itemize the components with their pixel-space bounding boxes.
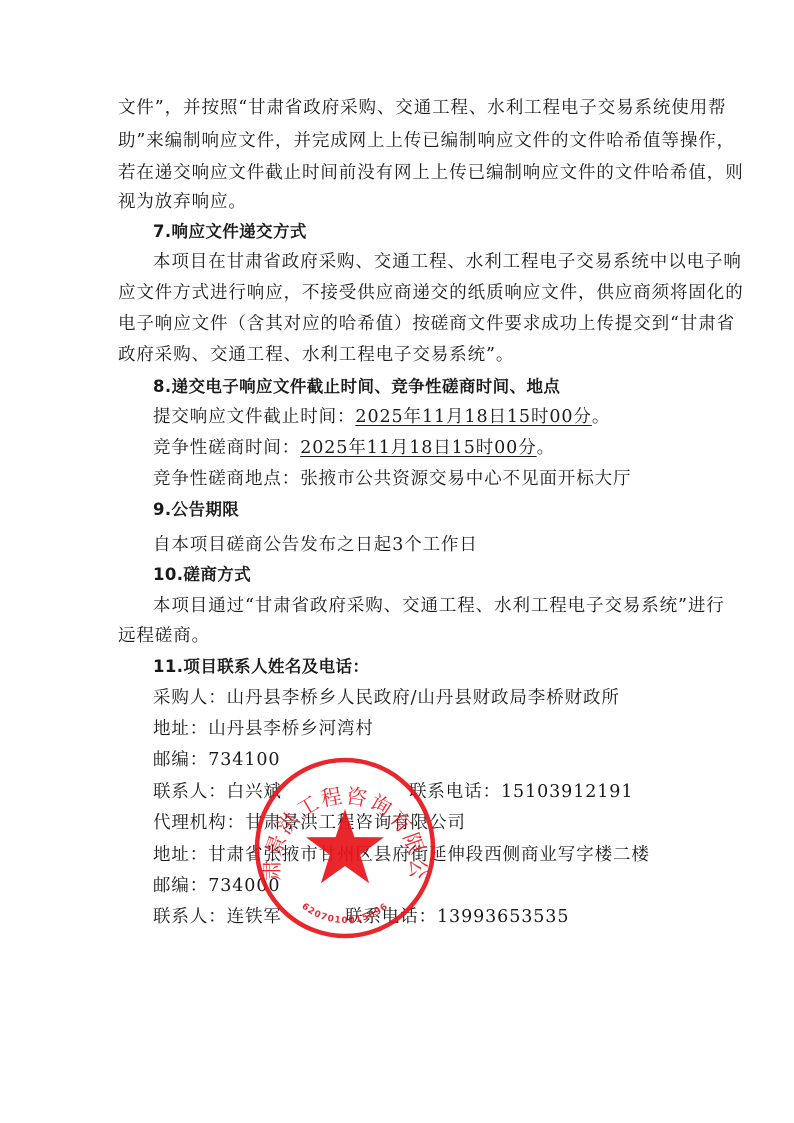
- purchaser-phone-value: 15103912191: [501, 782, 633, 802]
- agency-phone-line: 联系电话：13993653535: [345, 902, 645, 932]
- purchaser-address-line: 地址：山丹县李桥乡河湾村: [153, 714, 678, 744]
- agency-phone-label: 联系电话：: [345, 907, 437, 927]
- purchaser-address-label: 地址：: [153, 719, 208, 739]
- purchaser-line: 采购人：山丹县李桥乡人民政府/山丹县财政局李桥财政所: [153, 683, 678, 713]
- paragraph-line: 电子响应文件（含其对应的哈希值）按磋商文件要求成功上传提交到“甘肃省: [118, 309, 678, 339]
- paragraph-line: 文件”，并按照“甘肃省政府采购、交通工程、水利工程电子交易系统使用帮: [118, 93, 678, 123]
- deadline-suffix: 。: [592, 407, 610, 427]
- agency-address-label: 地址：: [153, 845, 208, 865]
- section-heading-8: 8.递交电子响应文件截止时间、竞争性磋商时间、地点: [153, 372, 678, 402]
- agency-contact-label: 联系人：: [153, 907, 227, 927]
- paragraph-line: 若在递交响应文件截止时间前没有网上上传已编制响应文件的文件哈希值，则: [118, 158, 678, 188]
- purchaser-postcode-line: 邮编：734100: [153, 745, 678, 775]
- purchaser-value: 山丹县李桥乡人民政府/山丹县财政局李桥财政所: [227, 688, 620, 708]
- agency-address-value: 甘肃省张掖市甘州区县府街延伸段西侧商业写字楼二楼: [208, 845, 650, 865]
- section-heading-11: 11.项目联系人姓名及电话：: [153, 652, 678, 682]
- paragraph-line: 助”来编制响应文件，并完成网上上传已编制响应文件的文件哈希值等操作，: [118, 126, 678, 156]
- negotiation-time-line: 竞争性磋商时间：2025年11月18日15时00分。: [153, 433, 678, 463]
- section-heading-10: 10.磋商方式: [153, 560, 678, 590]
- agency-postcode-value: 734000: [208, 876, 280, 896]
- paragraph-line: 远程磋商。: [118, 621, 678, 651]
- agency-phone-value: 13993653535: [437, 907, 569, 927]
- paragraph-line: 应文件方式进行响应，不接受供应商递交的纸质响应文件，供应商须将固化的: [118, 278, 678, 308]
- negotiation-time-suffix: 。: [537, 438, 555, 458]
- location-label: 竞争性磋商地点：: [153, 469, 300, 489]
- deadline-label: 提交响应文件截止时间：: [153, 407, 355, 427]
- purchaser-phone-line: 联系电话：15103912191: [409, 777, 689, 807]
- purchaser-phone-label: 联系电话：: [409, 782, 501, 802]
- negotiation-time-label: 竞争性磋商时间：: [153, 438, 300, 458]
- negotiation-time-value: 2025年11月18日15时00分: [300, 438, 536, 458]
- paragraph-line: 政府采购、交通工程、水利工程电子交易系统”。: [118, 340, 678, 370]
- agency-contact-value: 连铁军: [227, 907, 282, 927]
- agency-postcode-line: 邮编：734000: [153, 871, 678, 901]
- paragraph-line: 视为放弃响应。: [118, 187, 678, 217]
- document-page: 文件”，并按照“甘肃省政府采购、交通工程、水利工程电子交易系统使用帮 助”来编制…: [0, 0, 794, 1123]
- purchaser-address-value: 山丹县李桥乡河湾村: [208, 719, 374, 739]
- agency-label: 代理机构：: [153, 813, 245, 833]
- agency-address-line: 地址：甘肃省张掖市甘州区县府街延伸段西侧商业写字楼二楼: [153, 840, 678, 870]
- purchaser-postcode-label: 邮编：: [153, 750, 208, 770]
- purchaser-contact-label: 联系人：: [153, 782, 227, 802]
- location-value: 张掖市公共资源交易中心不见面开标大厅: [300, 469, 631, 489]
- agency-line: 代理机构：甘肃景洪工程咨询有限公司: [153, 808, 678, 838]
- announcement-period: 自本项目磋商公告发布之日起3个工作日: [153, 530, 678, 560]
- agency-value: 甘肃景洪工程咨询有限公司: [245, 813, 466, 833]
- paragraph-line: 本项目在甘肃省政府采购、交通工程、水利工程电子交易系统中以电子响: [153, 247, 678, 277]
- location-line: 竞争性磋商地点：张掖市公共资源交易中心不见面开标大厅: [153, 464, 678, 494]
- section-heading-7: 7.响应文件递交方式: [153, 217, 678, 247]
- purchaser-postcode-value: 734100: [208, 750, 280, 770]
- deadline-value: 2025年11月18日15时00分: [355, 407, 591, 427]
- agency-postcode-label: 邮编：: [153, 876, 208, 896]
- paragraph-line: 本项目通过“甘肃省政府采购、交通工程、水利工程电子交易系统”进行: [153, 591, 678, 621]
- purchaser-contact-value: 白兴斌: [227, 782, 282, 802]
- deadline-line: 提交响应文件截止时间：2025年11月18日15时00分。: [153, 402, 678, 432]
- section-heading-9: 9.公告期限: [153, 495, 678, 525]
- purchaser-label: 采购人：: [153, 688, 227, 708]
